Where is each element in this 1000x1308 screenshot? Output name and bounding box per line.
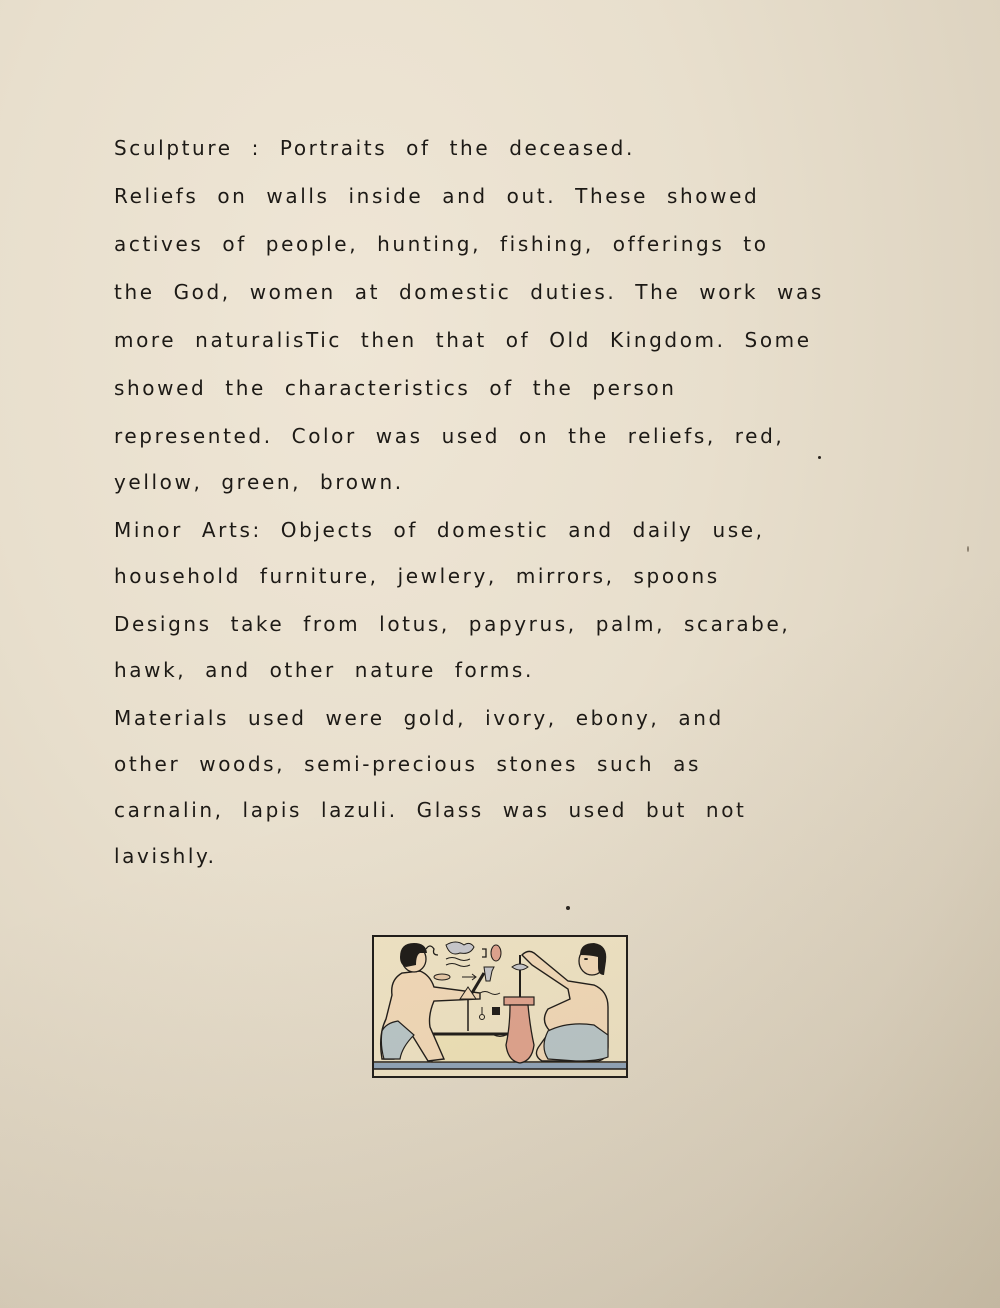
text-line: hawk, and other nature forms. (114, 658, 534, 682)
text-line: Sculpture : Portraits of the deceased. (114, 136, 635, 160)
text-line: carnalin, lapis lazuli. Glass was used b… (114, 798, 747, 822)
text-line: other woods, semi-precious stones such a… (114, 752, 701, 776)
text-line: Minor Arts: Objects of domestic and dail… (114, 518, 765, 542)
ink-mark (967, 546, 969, 552)
text-line: Reliefs on walls inside and out. These s… (114, 184, 759, 208)
text-line: Designs take from lotus, papyrus, palm, … (114, 612, 790, 636)
document-page: Sculpture : Portraits of the deceased. R… (0, 0, 1000, 1308)
egyptian-relief-illustration (372, 935, 628, 1078)
text-line: the God, women at domestic duties. The w… (114, 280, 824, 304)
text-line: lavishly. (114, 844, 217, 868)
ink-dot (566, 906, 570, 910)
text-line: more naturalisTic then that of Old Kingd… (114, 328, 812, 352)
text-line: Materials used were gold, ivory, ebony, … (114, 706, 724, 730)
text-line: actives of people, hunting, fishing, off… (114, 232, 769, 256)
text-line: represented. Color was used on the relie… (114, 424, 784, 448)
text-line: showed the characteristics of the person (114, 376, 677, 400)
ink-dot (818, 456, 821, 459)
text-line: yellow, green, brown. (114, 470, 404, 494)
text-line: household furniture, jewlery, mirrors, s… (114, 564, 720, 588)
relief-drawing-icon (372, 935, 628, 1078)
